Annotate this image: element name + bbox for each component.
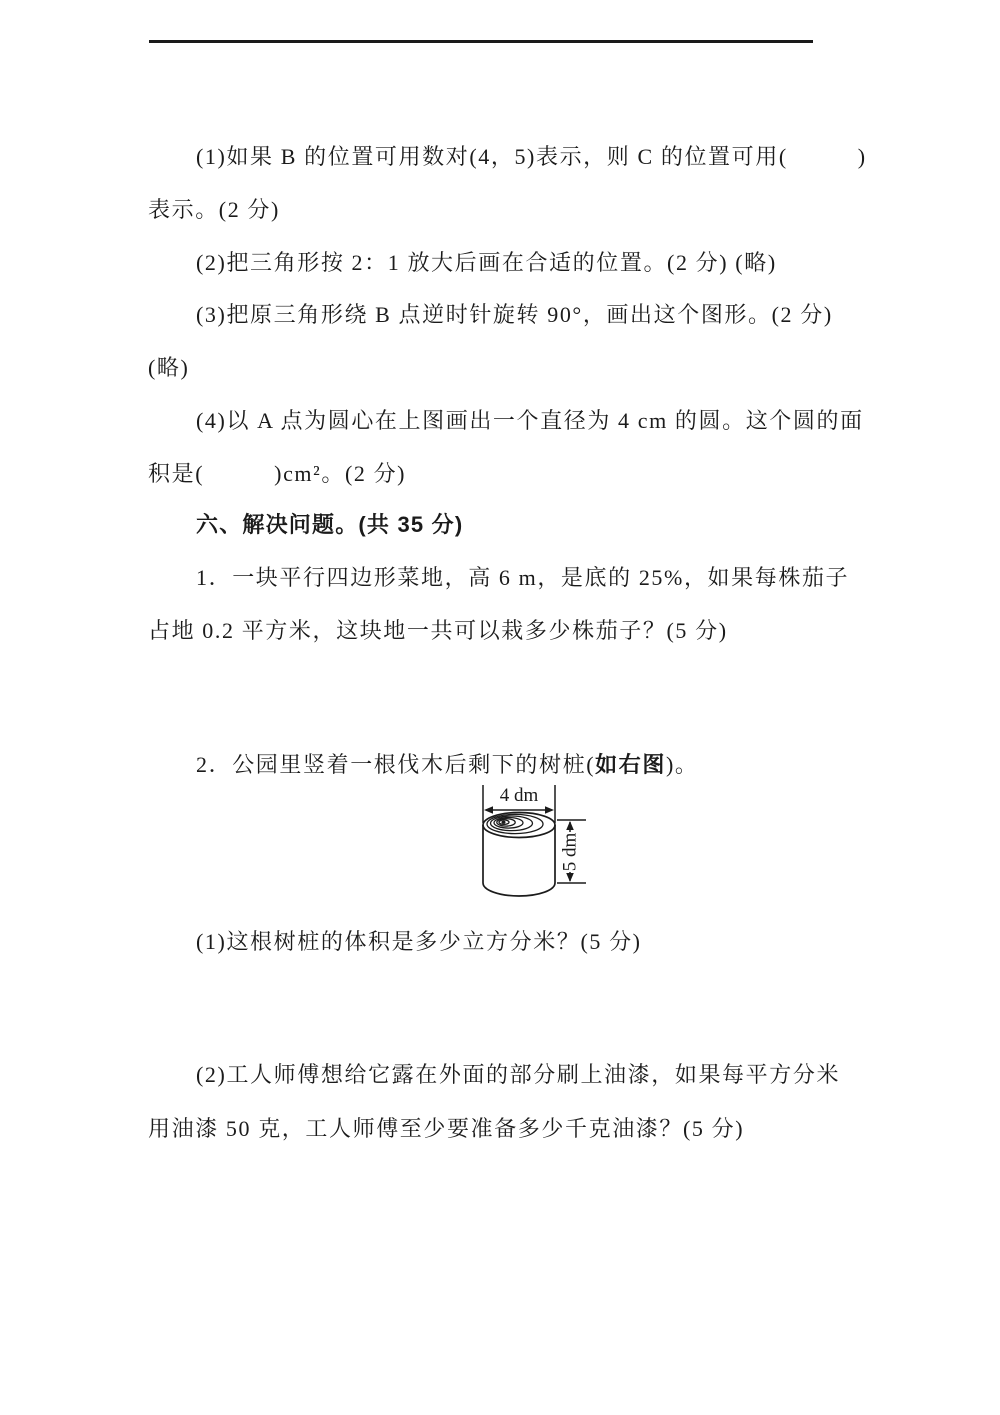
tree-stump-figure: 4 dm 5 dm — [455, 778, 610, 905]
q6-2-intro-pre: 2．公园里竖着一根伐木后剩下的树桩( — [196, 752, 595, 777]
q5-sub1-line1-close: ) — [858, 144, 867, 169]
q5-sub4-line1: (4)以 A 点为圆心在上图画出一个直径为 4 cm 的圆。这个圆的面 — [196, 407, 864, 434]
q6-2-sub1: (1)这根树桩的体积是多少立方分米？(5 分) — [196, 928, 642, 955]
q5-sub3-line1: (3)把原三角形绕 B 点逆时针旋转 90°，画出这个图形。(2 分) — [196, 301, 833, 328]
q6-2-sub2-line2: 用油漆 50 克，工人师傅至少要准备多少千克油漆？(5 分) — [148, 1115, 744, 1142]
height-arrowhead-down — [566, 873, 574, 882]
q5-sub1-line2: 表示。(2 分) — [148, 196, 280, 223]
width-label: 4 dm — [500, 785, 539, 806]
q6-2-intro-post: )。 — [666, 752, 699, 777]
q5-sub4-line2: 积是()cm²。(2 分) — [148, 460, 406, 487]
tree-rings — [487, 814, 543, 833]
q5-sub4-line2-post: )cm²。(2 分) — [274, 461, 406, 486]
header-rule — [149, 40, 813, 43]
q6-2-sub2-line1: (2)工人师傅想给它露在外面的部分刷上油漆，如果每平方分米 — [196, 1061, 840, 1088]
document-page: (1)如果 B 的位置可用数对(4，5)表示，则 C 的位置可用() 表示。(2… — [0, 0, 1000, 1415]
width-arrowhead-left — [484, 806, 493, 814]
q5-sub1-line1: (1)如果 B 的位置可用数对(4，5)表示，则 C 的位置可用() — [196, 143, 867, 170]
q6-2-intro-bold: 如右图 — [595, 752, 666, 777]
height-label: 5 dm — [560, 833, 581, 872]
width-arrowhead-right — [545, 806, 554, 814]
q5-sub3-line2: (略) — [148, 354, 189, 381]
q6-1-line2: 占地 0.2 平方米，这块地一共可以栽多少株茄子？(5 分) — [148, 617, 728, 644]
cylinder-outline — [483, 813, 555, 897]
q5-sub2-line1: (2)把三角形按 2：1 放大后画在合适的位置。(2 分) (略) — [196, 249, 777, 276]
q5-sub4-line2-pre: 积是( — [148, 461, 204, 486]
height-arrowhead-up — [566, 821, 574, 830]
q6-1-line1: 1．一块平行四边形菜地，高 6 m，是底的 25%，如果每株茄子 — [196, 564, 849, 591]
q5-sub1-line1-text: (1)如果 B 的位置可用数对(4，5)表示，则 C 的位置可用( — [196, 144, 788, 169]
section6-heading: 六、解决问题。(共 35 分) — [196, 511, 463, 538]
q6-2-intro: 2．公园里竖着一根伐木后剩下的树桩(如右图)。 — [196, 751, 698, 778]
tree-ring-core — [502, 821, 505, 823]
cylinder-bottom-arc — [483, 883, 555, 896]
